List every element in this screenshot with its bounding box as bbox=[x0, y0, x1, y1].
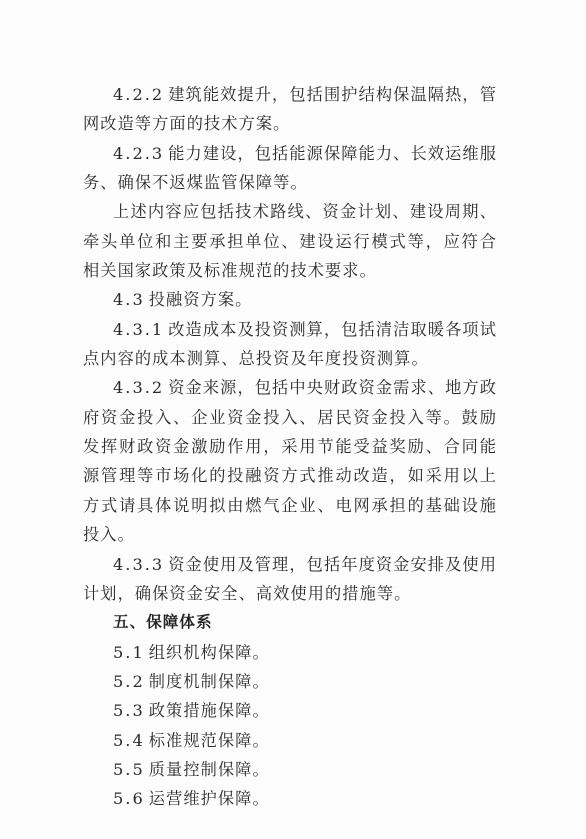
section-number: 4.2.2 bbox=[113, 85, 164, 104]
list-item-5-4: 5.4标准规范保障。 bbox=[83, 726, 497, 755]
section-heading: 五、保障体系 bbox=[83, 608, 497, 637]
paragraph-summary: 上述内容应包括技术路线、资金计划、建设周期、牵头单位和主要承担单位、建设运行模式… bbox=[83, 197, 497, 285]
item-number: 5.4 bbox=[113, 731, 145, 750]
document-page: 4.2.2建筑能效提升，包括围护结构保温隔热，管网改造等方面的技术方案。 4.2… bbox=[83, 80, 497, 814]
item-number: 5.2 bbox=[113, 672, 145, 691]
paragraph-4-2-2: 4.2.2建筑能效提升，包括围护结构保温隔热，管网改造等方面的技术方案。 bbox=[83, 80, 497, 139]
item-number: 5.1 bbox=[113, 643, 145, 662]
item-text: 运营维护保障。 bbox=[149, 789, 270, 808]
list-item-5-5: 5.5质量控制保障。 bbox=[83, 755, 497, 784]
item-number: 5.6 bbox=[113, 789, 145, 808]
item-text: 政策措施保障。 bbox=[149, 701, 270, 720]
paragraph-4-3-3: 4.3.3资金使用及管理，包括年度资金安排及使用计划，确保资金安全、高效使用的措… bbox=[83, 550, 497, 609]
item-number: 5.5 bbox=[113, 760, 145, 779]
list-item-5-3: 5.3政策措施保障。 bbox=[83, 696, 497, 725]
paragraph-text: 投融资方案。 bbox=[149, 290, 253, 309]
item-text: 标准规范保障。 bbox=[149, 731, 270, 750]
list-item-5-2: 5.2制度机制保障。 bbox=[83, 667, 497, 696]
paragraph-4-3-1: 4.3.1改造成本及投资测算，包括清洁取暖各项试点内容的成本测算、总投资及年度投… bbox=[83, 315, 497, 374]
list-item-5-1: 5.1组织机构保障。 bbox=[83, 638, 497, 667]
section-number: 4.2.3 bbox=[113, 144, 164, 163]
section-number: 4.3.3 bbox=[113, 555, 164, 574]
item-text: 质量控制保障。 bbox=[149, 760, 270, 779]
item-number: 5.3 bbox=[113, 701, 145, 720]
item-text: 组织机构保障。 bbox=[149, 643, 270, 662]
section-number: 4.3.2 bbox=[113, 378, 164, 397]
paragraph-text: 上述内容应包括技术路线、资金计划、建设周期、牵头单位和主要承担单位、建设运行模式… bbox=[83, 202, 497, 280]
paragraph-text: 资金来源，包括中央财政资金需求、地方政府资金投入、企业资金投入、居民资金投入等。… bbox=[83, 378, 497, 544]
section-number: 4.3.1 bbox=[113, 320, 164, 339]
paragraph-4-3-2: 4.3.2资金来源，包括中央财政资金需求、地方政府资金投入、企业资金投入、居民资… bbox=[83, 373, 497, 549]
paragraph-4-3: 4.3投融资方案。 bbox=[83, 285, 497, 314]
list-item-5-6: 5.6运营维护保障。 bbox=[83, 784, 497, 813]
section-number: 4.3 bbox=[113, 290, 145, 309]
paragraph-4-2-3: 4.2.3能力建设，包括能源保障能力、长效运维服务、确保不返煤监管保障等。 bbox=[83, 139, 497, 198]
item-text: 制度机制保障。 bbox=[149, 672, 270, 691]
